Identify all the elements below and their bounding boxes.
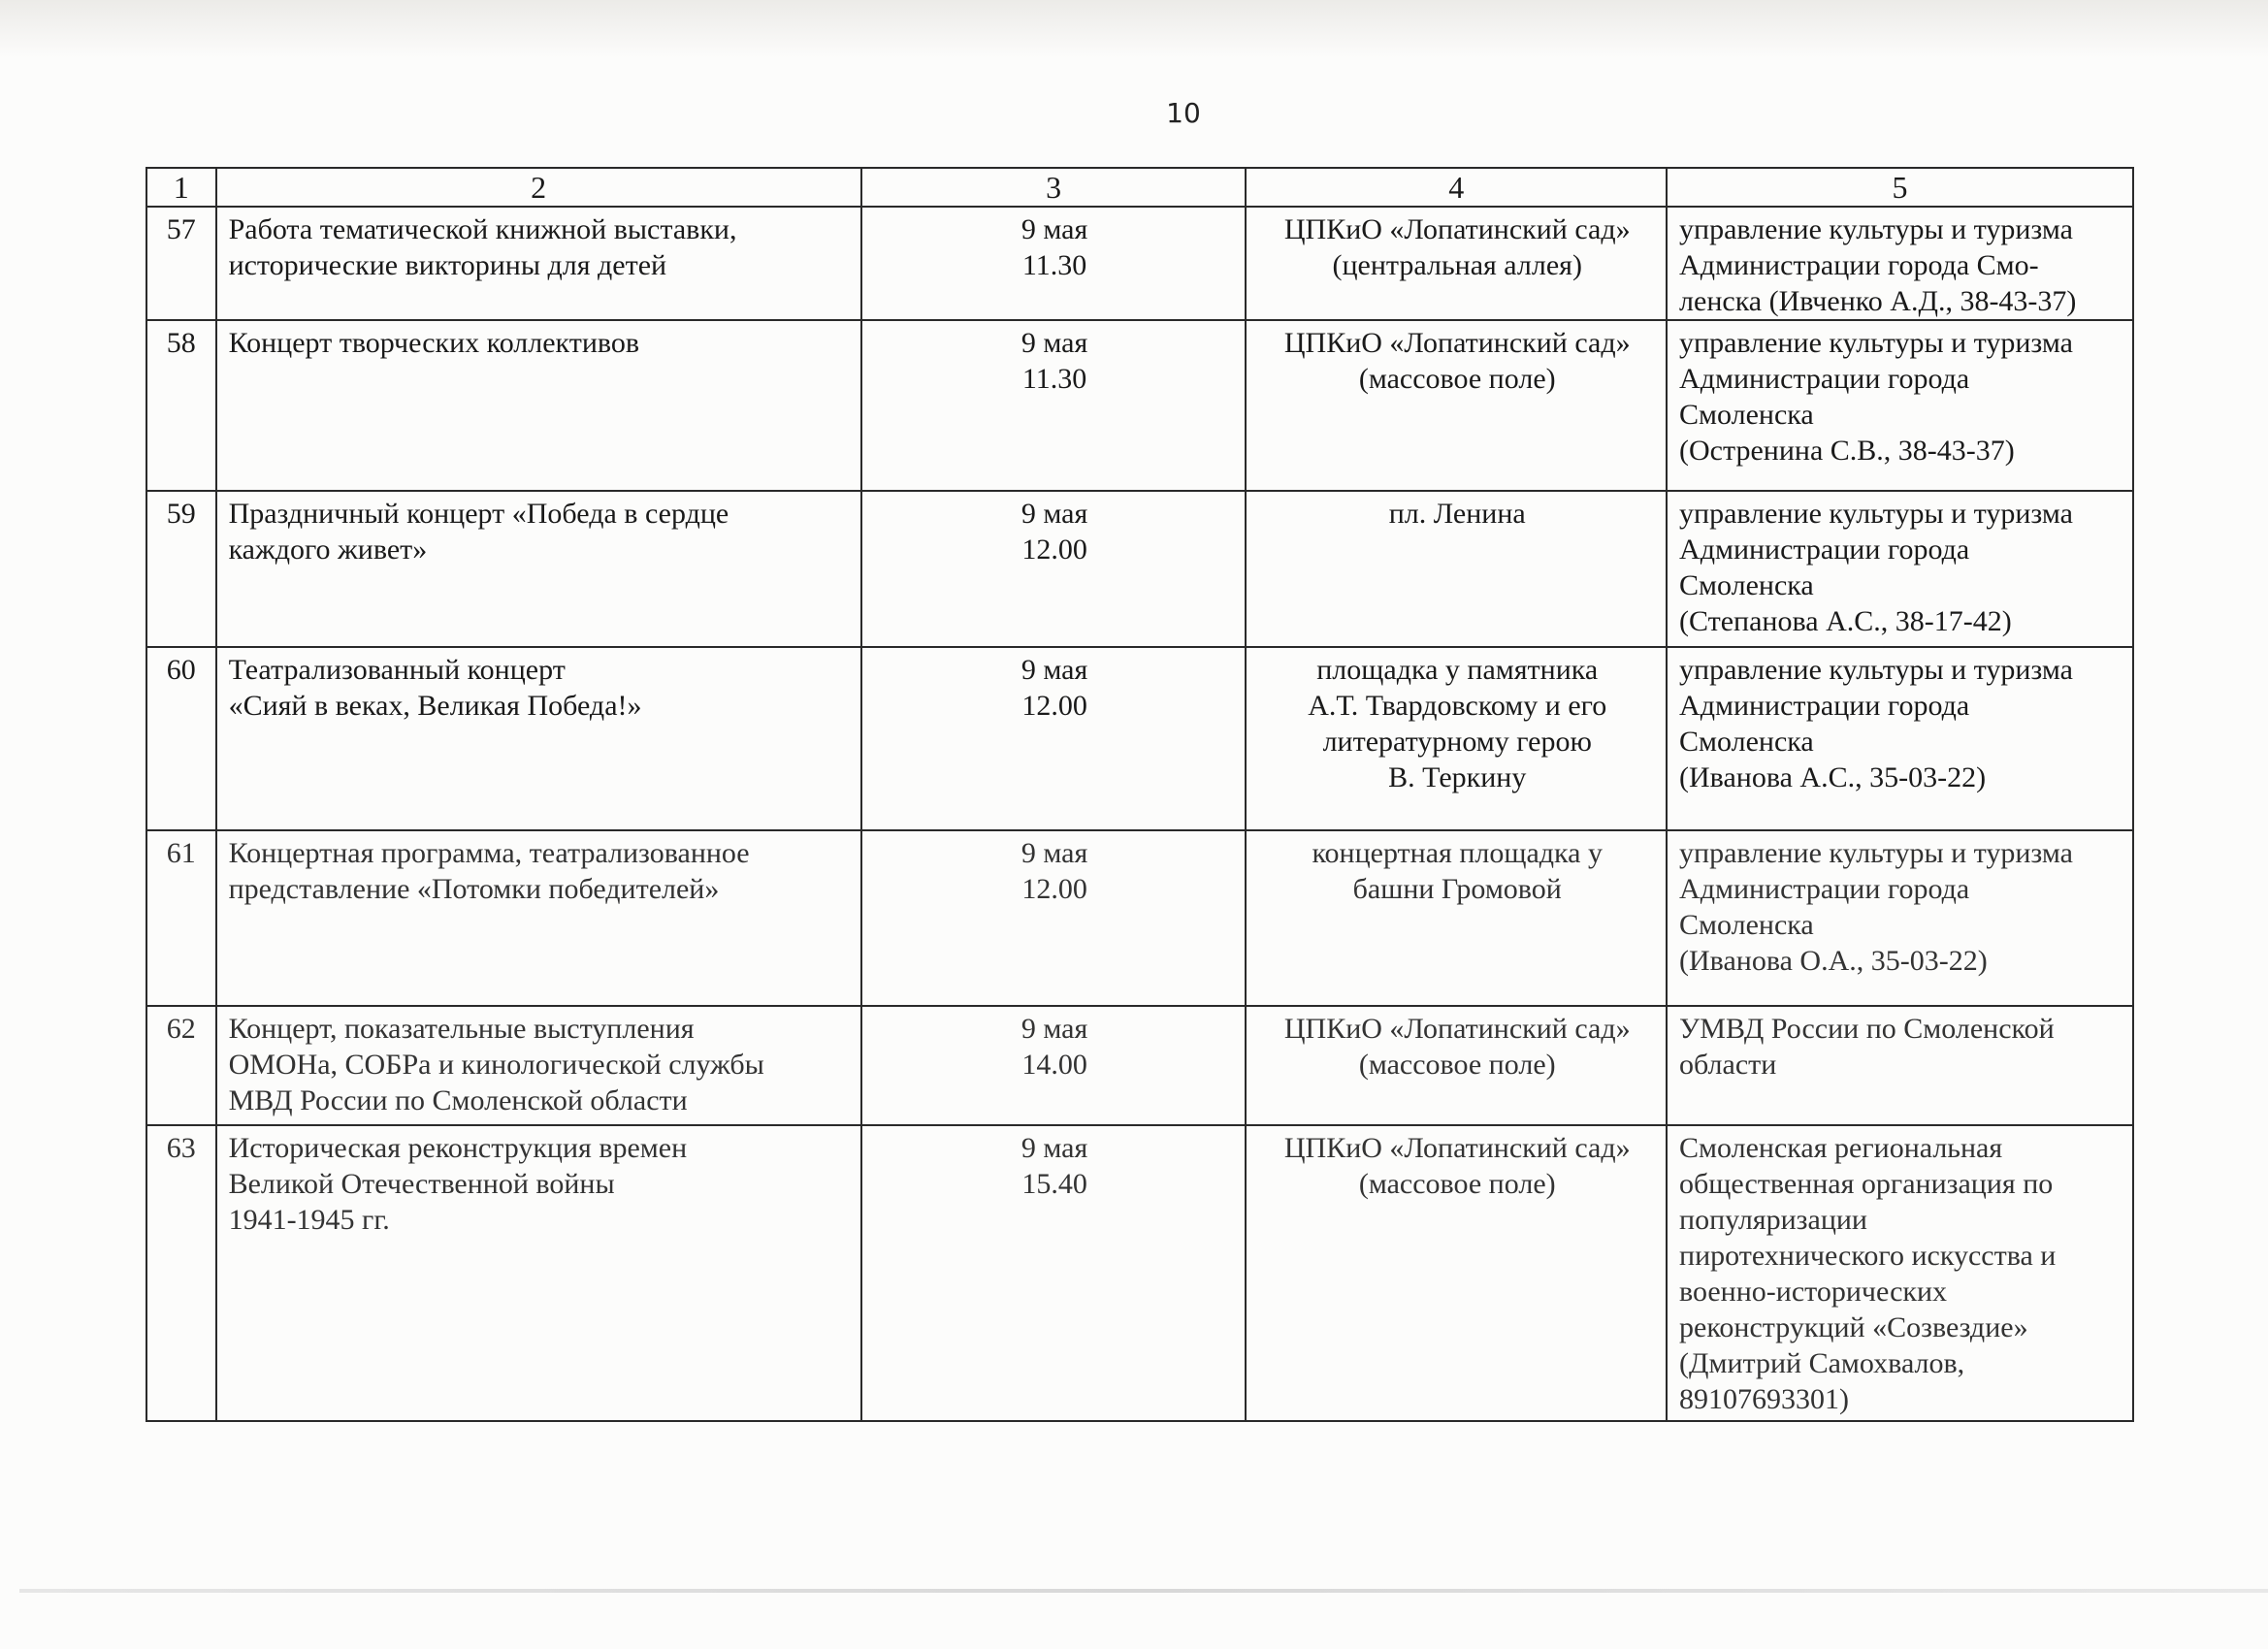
event-responsible-line: пиротехнического искусства и <box>1679 1238 2122 1274</box>
event-name-cell: Концерт творческих коллективов <box>216 320 861 491</box>
event-responsible-line: Администрации города <box>1679 532 2122 567</box>
row-number-cell: 62 <box>146 1006 216 1125</box>
event-datetime-line: 9 мая <box>874 211 1236 247</box>
event-responsible-line: реконструкций «Созвездие» <box>1679 1309 2122 1345</box>
event-datetime-line: 9 мая <box>874 652 1236 688</box>
event-name-line: «Сияй в веках, Великая Победа!» <box>229 688 851 724</box>
row-number-cell: 63 <box>146 1125 216 1421</box>
event-responsible-cell: управление культуры и туризмаАдминистрац… <box>1667 320 2133 491</box>
event-name-line: Концертная программа, театрализованное <box>229 835 851 871</box>
page-number: 10 <box>1164 97 1203 129</box>
event-responsible-line: управление культуры и туризма <box>1679 652 2122 688</box>
event-venue-cell: ЦПКиО «Лопатинский сад»(массовое поле) <box>1246 320 1667 491</box>
table-row: 57Работа тематической книжной выставки,и… <box>146 207 2133 320</box>
event-name-line: каждого живет» <box>229 532 851 567</box>
event-datetime-line: 9 мая <box>874 1130 1236 1166</box>
event-datetime-line: 9 мая <box>874 835 1236 871</box>
event-responsible-line: военно-исторических <box>1679 1274 2122 1309</box>
event-responsible-cell: управление культуры и туризмаАдминистрац… <box>1667 830 2133 1006</box>
event-datetime-cell: 9 мая11.30 <box>861 320 1247 491</box>
event-venue-line: башни Громовой <box>1258 871 1656 907</box>
event-venue-line: (массовое поле) <box>1258 361 1656 397</box>
column-header-4: 4 <box>1246 168 1667 207</box>
event-responsible-line: управление культуры и туризма <box>1679 325 2122 361</box>
table-row: 58Концерт творческих коллективов9 мая11.… <box>146 320 2133 491</box>
event-venue-cell: пл. Ленина <box>1246 491 1667 647</box>
row-number-cell: 61 <box>146 830 216 1006</box>
table-row: 63Историческая реконструкция временВелик… <box>146 1125 2133 1421</box>
event-datetime-cell: 9 мая12.00 <box>861 491 1247 647</box>
event-responsible-cell: управление культуры и туризмаАдминистрац… <box>1667 207 2133 320</box>
event-responsible-line: 89107693301) <box>1679 1381 2122 1417</box>
event-datetime-line: 14.00 <box>874 1047 1236 1083</box>
event-responsible-line: (Степанова А.С., 38-17-42) <box>1679 603 2122 639</box>
event-responsible-line: Смоленска <box>1679 397 2122 433</box>
event-venue-cell: ЦПКиО «Лопатинский сад»(массовое поле) <box>1246 1006 1667 1125</box>
column-header-5: 5 <box>1667 168 2133 207</box>
event-name-line: Праздничный концерт «Победа в сердце <box>229 496 851 532</box>
table-row: 62Концерт, показательные выступленияОМОН… <box>146 1006 2133 1125</box>
event-name-line: Великой Отечественной войны <box>229 1166 851 1202</box>
event-name-line: Работа тематической книжной выставки, <box>229 211 851 247</box>
event-datetime-line: 11.30 <box>874 247 1236 283</box>
event-name-line: Историческая реконструкция времен <box>229 1130 851 1166</box>
event-responsible-cell: управление культуры и туризмаАдминистрац… <box>1667 647 2133 830</box>
row-number-cell: 59 <box>146 491 216 647</box>
scan-artifact <box>0 0 2268 58</box>
event-responsible-line: ленска (Ивченко А.Д., 38-43-37) <box>1679 283 2122 319</box>
event-venue-line: ЦПКиО «Лопатинский сад» <box>1258 1130 1656 1166</box>
event-responsible-line: (Дмитрий Самохвалов, <box>1679 1345 2122 1381</box>
column-header-2: 2 <box>216 168 861 207</box>
table-header-row: 1 2 3 4 5 <box>146 168 2133 207</box>
event-responsible-line: УМВД России по Смоленской <box>1679 1011 2122 1047</box>
event-venue-line: пл. Ленина <box>1258 496 1656 532</box>
event-datetime-line: 9 мая <box>874 496 1236 532</box>
event-responsible-line: Смоленска <box>1679 724 2122 760</box>
event-venue-line: В. Теркину <box>1258 760 1656 795</box>
event-datetime-line: 9 мая <box>874 325 1236 361</box>
event-responsible-line: Смоленска <box>1679 567 2122 603</box>
event-venue-cell: ЦПКиО «Лопатинский сад»(центральная алле… <box>1246 207 1667 320</box>
event-name-line: исторические викторины для детей <box>229 247 851 283</box>
event-responsible-cell: управление культуры и туризмаАдминистрац… <box>1667 491 2133 647</box>
event-name-cell: Концертная программа, театрализованноепр… <box>216 830 861 1006</box>
event-datetime-line: 15.40 <box>874 1166 1236 1202</box>
event-responsible-line: (Иванова А.С., 35-03-22) <box>1679 760 2122 795</box>
event-datetime-line: 12.00 <box>874 871 1236 907</box>
event-venue-line: (центральная аллея) <box>1258 247 1656 283</box>
event-name-line: ОМОНа, СОБРа и кинологической службы <box>229 1047 851 1083</box>
event-name-line: Театрализованный концерт <box>229 652 851 688</box>
column-header-3: 3 <box>861 168 1247 207</box>
event-venue-line: (массовое поле) <box>1258 1047 1656 1083</box>
column-header-1: 1 <box>146 168 216 207</box>
event-responsible-cell: Смоленская региональнаяобщественная орга… <box>1667 1125 2133 1421</box>
event-datetime-line: 11.30 <box>874 361 1236 397</box>
event-name-line: Концерт, показательные выступления <box>229 1011 851 1047</box>
event-responsible-cell: УМВД России по Смоленскойобласти <box>1667 1006 2133 1125</box>
event-datetime-line: 12.00 <box>874 532 1236 567</box>
event-responsible-line: Администрации города <box>1679 871 2122 907</box>
row-number-cell: 60 <box>146 647 216 830</box>
event-venue-cell: ЦПКиО «Лопатинский сад»(массовое поле) <box>1246 1125 1667 1421</box>
event-datetime-cell: 9 мая12.00 <box>861 647 1247 830</box>
event-responsible-line: Администрации города <box>1679 688 2122 724</box>
event-responsible-line: управление культуры и туризма <box>1679 496 2122 532</box>
event-name-cell: Работа тематической книжной выставки,ист… <box>216 207 861 320</box>
event-venue-line: площадка у памятника <box>1258 652 1656 688</box>
event-responsible-line: управление культуры и туризма <box>1679 835 2122 871</box>
event-responsible-line: общественная организация по <box>1679 1166 2122 1202</box>
event-datetime-line: 12.00 <box>874 688 1236 724</box>
table-row: 61Концертная программа, театрализованное… <box>146 830 2133 1006</box>
event-datetime-cell: 9 мая12.00 <box>861 830 1247 1006</box>
event-venue-line: ЦПКиО «Лопатинский сад» <box>1258 325 1656 361</box>
table-row: 59Праздничный концерт «Победа в сердцека… <box>146 491 2133 647</box>
event-venue-cell: площадка у памятникаА.Т. Твардовскому и … <box>1246 647 1667 830</box>
event-responsible-line: Администрации города Смо- <box>1679 247 2122 283</box>
event-name-cell: Театрализованный концерт«Сияй в веках, В… <box>216 647 861 830</box>
event-responsible-line: Смоленска <box>1679 907 2122 943</box>
event-name-line: Концерт творческих коллективов <box>229 325 851 361</box>
event-name-cell: Концерт, показательные выступленияОМОНа,… <box>216 1006 861 1125</box>
event-name-line: представление «Потомки победителей» <box>229 871 851 907</box>
row-number-cell: 58 <box>146 320 216 491</box>
event-venue-line: ЦПКиО «Лопатинский сад» <box>1258 1011 1656 1047</box>
event-datetime-line: 9 мая <box>874 1011 1236 1047</box>
event-venue-line: концертная площадка у <box>1258 835 1656 871</box>
event-responsible-line: (Иванова О.А., 35-03-22) <box>1679 943 2122 979</box>
event-responsible-line: Администрации города <box>1679 361 2122 397</box>
event-name-line: 1941-1945 гг. <box>229 1202 851 1238</box>
event-venue-line: литературному герою <box>1258 724 1656 760</box>
table-row: 60Театрализованный концерт«Сияй в веках,… <box>146 647 2133 830</box>
event-venue-line: (массовое поле) <box>1258 1166 1656 1202</box>
event-responsible-line: (Остренина С.В., 38-43-37) <box>1679 433 2122 469</box>
scan-edge-line <box>19 1589 2268 1593</box>
event-venue-cell: концертная площадка убашни Громовой <box>1246 830 1667 1006</box>
event-datetime-cell: 9 мая15.40 <box>861 1125 1247 1421</box>
events-table: 1 2 3 4 5 57Работа тематической книжной … <box>146 167 2134 1422</box>
event-venue-line: ЦПКиО «Лопатинский сад» <box>1258 211 1656 247</box>
event-responsible-line: популяризации <box>1679 1202 2122 1238</box>
event-responsible-line: области <box>1679 1047 2122 1083</box>
event-venue-line: А.Т. Твардовскому и его <box>1258 688 1656 724</box>
event-responsible-line: управление культуры и туризма <box>1679 211 2122 247</box>
event-responsible-line: Смоленская региональная <box>1679 1130 2122 1166</box>
event-datetime-cell: 9 мая14.00 <box>861 1006 1247 1125</box>
event-name-cell: Праздничный концерт «Победа в сердцекажд… <box>216 491 861 647</box>
row-number-cell: 57 <box>146 207 216 320</box>
event-name-cell: Историческая реконструкция временВеликой… <box>216 1125 861 1421</box>
event-datetime-cell: 9 мая11.30 <box>861 207 1247 320</box>
event-name-line: МВД России по Смоленской области <box>229 1083 851 1118</box>
